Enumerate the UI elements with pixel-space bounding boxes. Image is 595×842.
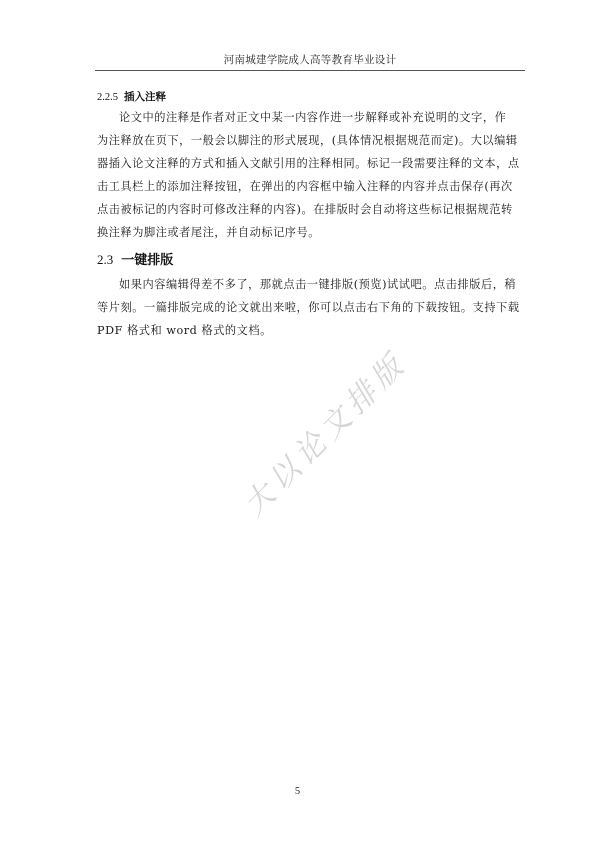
paragraph-line: 点击被标记的内容时可修改注释的内容)。在排版时会自动将这些标记根据规范转 xyxy=(97,198,525,221)
section-number: 2.3 xyxy=(97,252,113,267)
paragraph-line: 为注释放在页下，一般会以脚注的形式展现，(具体情况根据规范而定)。大以编辑 xyxy=(97,129,525,152)
section-heading-2-3: 2.3一键排版 xyxy=(97,247,525,273)
header-divider xyxy=(95,70,525,71)
paragraph-one-click-layout: 如果内容编辑得差不多了，那就点击一键排版(预览)试试吧。点击排版后，稍 等片刻。… xyxy=(97,273,525,342)
section-number: 2.2.5 xyxy=(97,92,118,103)
paragraph-line: PDF 格式和 word 格式的文档。 xyxy=(97,319,525,342)
paragraph-line: 器插入论文注释的方式和插入文献引用的注释相同。标记一段需要注释的文本，点 xyxy=(97,152,525,175)
section-title: 一键排版 xyxy=(121,253,173,268)
paragraph-notes: 论文中的注释是作者对正文中某一内容作进一步解释或补充说明的文字，作 为注释放在页… xyxy=(97,106,525,244)
watermark: 大以论文排版 xyxy=(231,340,415,524)
section-heading-2-2-5: 2.2.5插入注释 xyxy=(97,88,525,106)
paragraph-line: 击工具栏上的添加注释按钮，在弹出的内容框中输入注释的内容并点击保存(再次 xyxy=(97,175,525,198)
paragraph-line: 等片刻。一篇排版完成的论文就出来啦，你可以点击右下角的下载按钮。支持下载 xyxy=(97,296,525,319)
paragraph-line: 如果内容编辑得差不多了，那就点击一键排版(预览)试试吧。点击排版后，稍 xyxy=(97,273,525,296)
page-header: 河南城建学院成人高等教育毕业设计 xyxy=(95,53,525,67)
paragraph-line: 论文中的注释是作者对正文中某一内容作进一步解释或补充说明的文字，作 xyxy=(97,106,525,129)
page-number: 5 xyxy=(0,786,595,797)
document-body: 2.2.5插入注释 论文中的注释是作者对正文中某一内容作进一步解释或补充说明的文… xyxy=(97,88,525,342)
section-title: 插入注释 xyxy=(124,91,166,103)
paragraph-line: 换注释为脚注或者尾注，并自动标记序号。 xyxy=(97,221,525,244)
